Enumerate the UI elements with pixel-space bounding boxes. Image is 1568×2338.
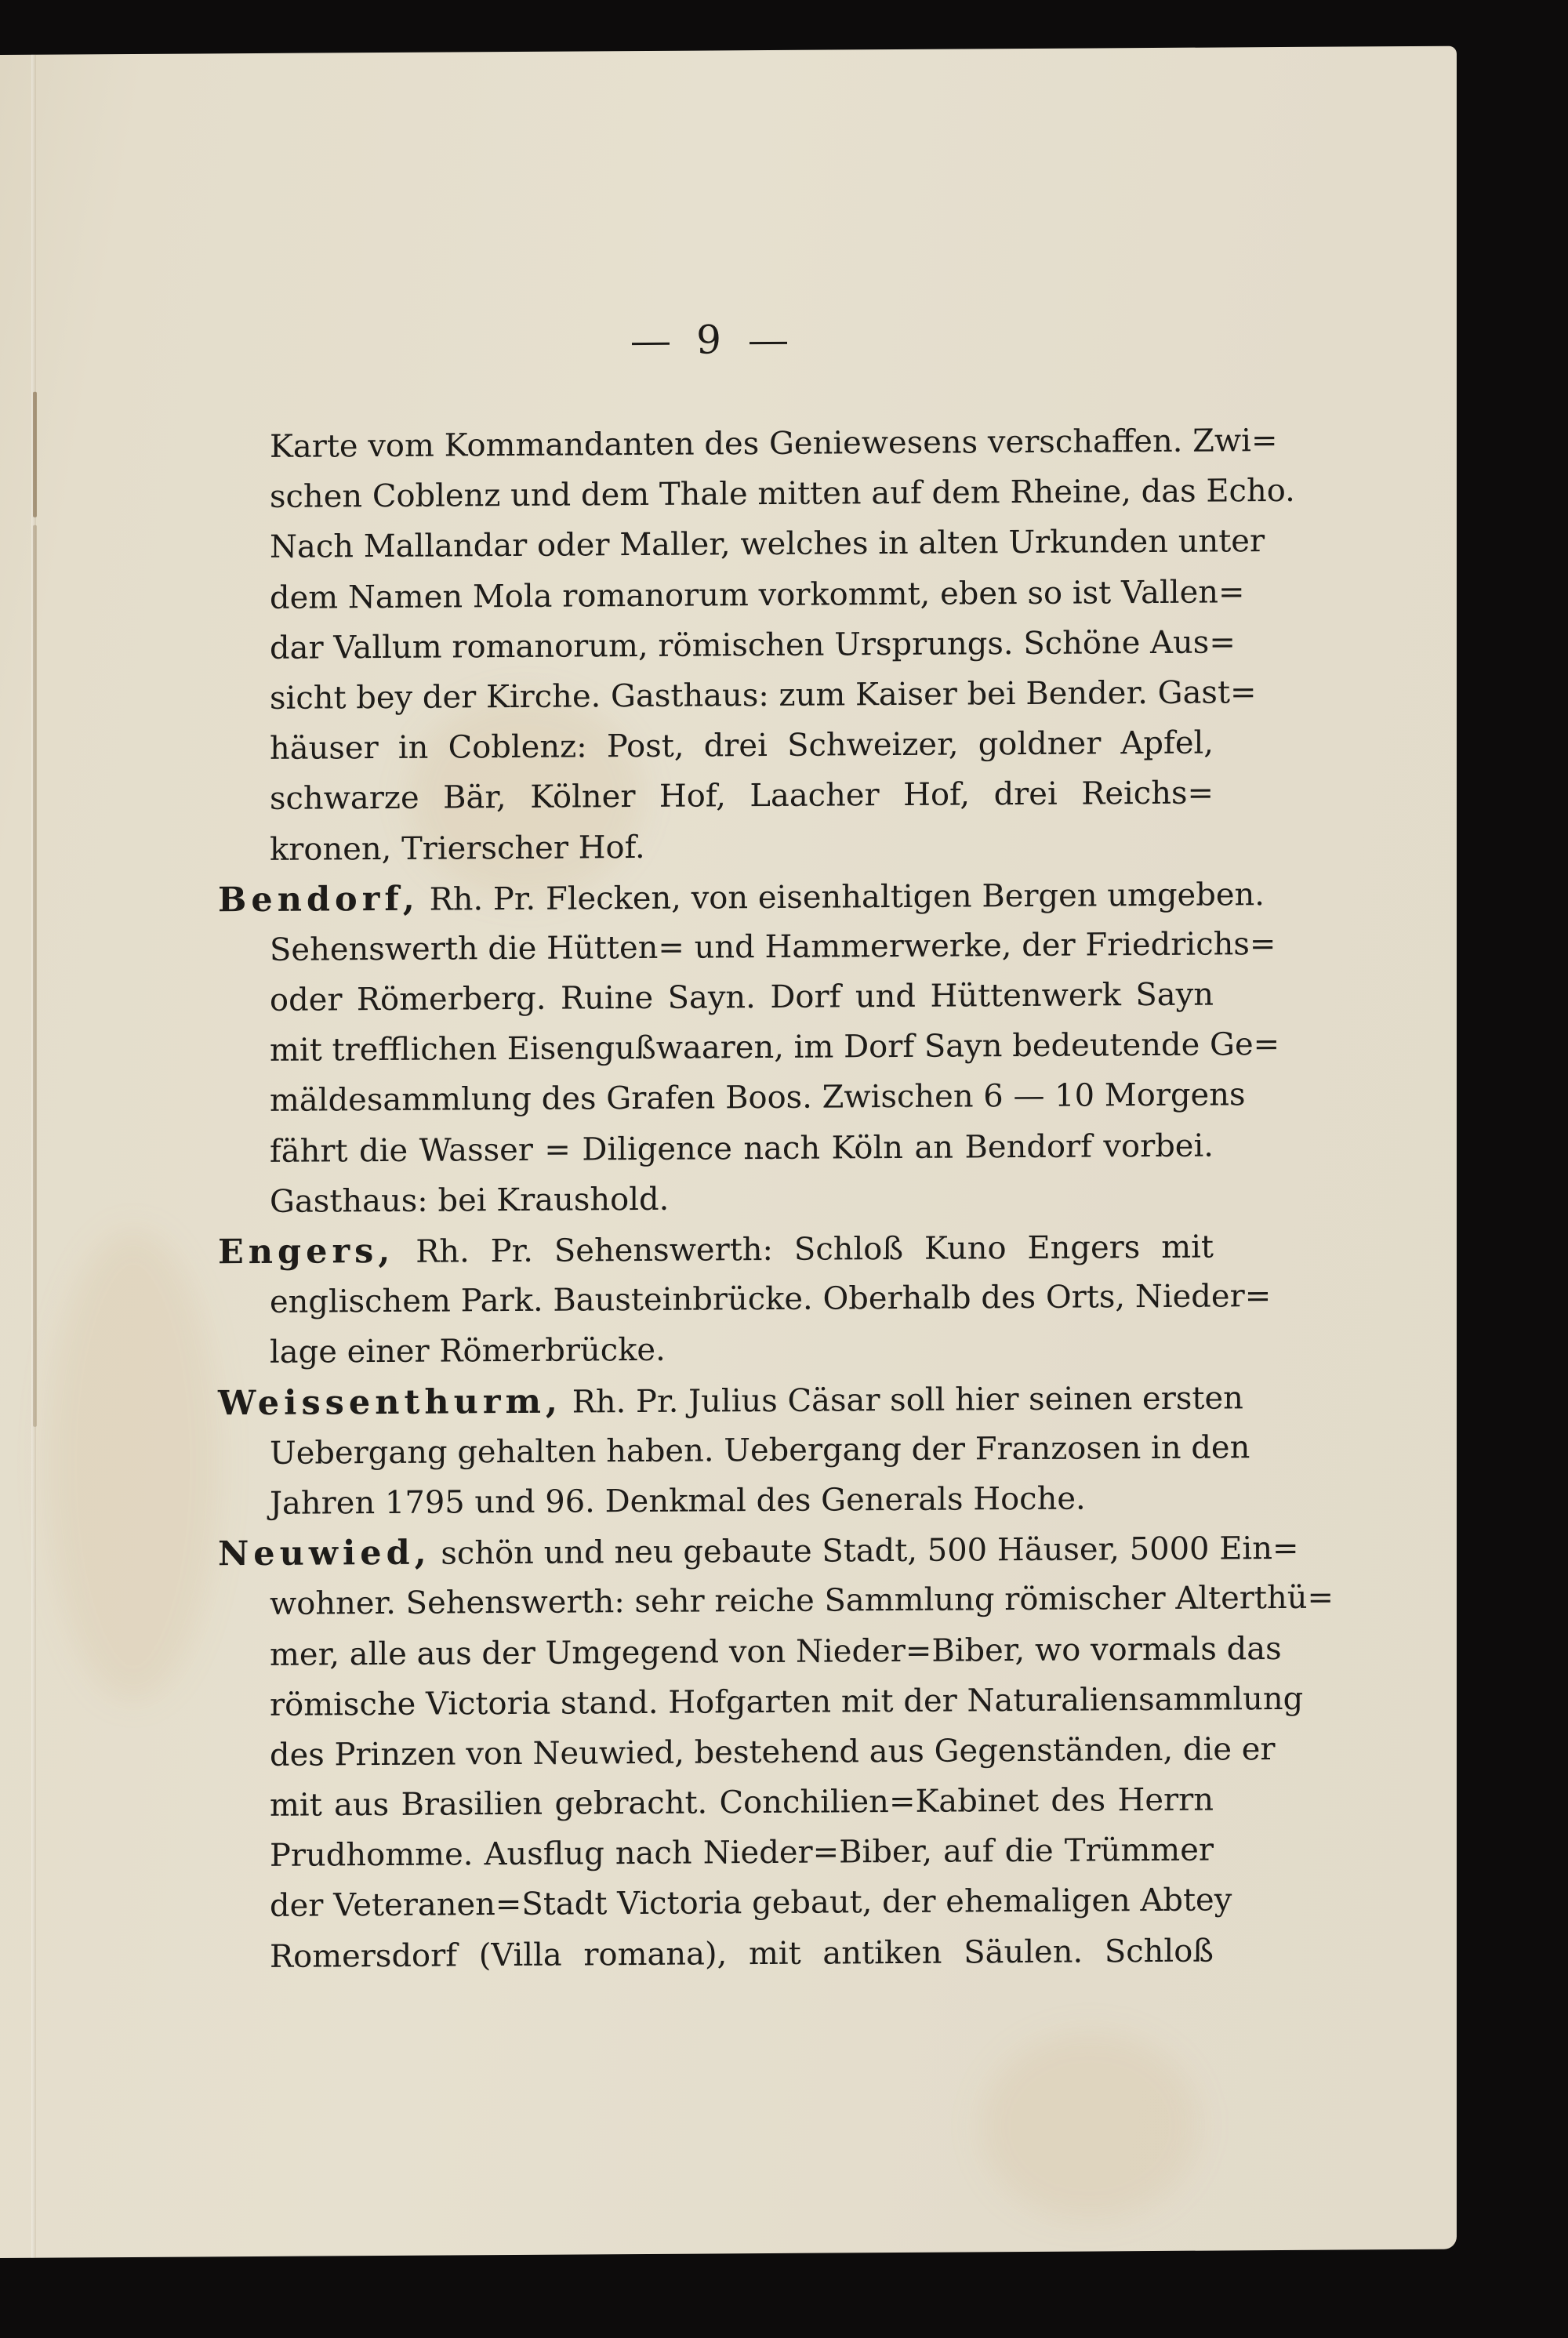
entry-heading: Neuwied,: [218, 1534, 431, 1574]
dash-left: [632, 342, 670, 344]
entry-first-text: schön und neu gebaute Stadt, 500 Häuser,…: [441, 1530, 1298, 1572]
text-line: des Prinzen von Neuwied, bestehend aus G…: [218, 1724, 1214, 1781]
text-line: häuser in Coblenz: Post, drei Schweizer,…: [218, 718, 1214, 775]
text-line: dem Namen Mola romanorum vorkommt, eben …: [218, 567, 1214, 623]
entry-first-text: Rh. Pr. Sehenswerth: Schloß Kuno Engers …: [416, 1229, 1214, 1270]
text-line: Jahren 1795 und 96. Denkmal des Generals…: [218, 1472, 1214, 1529]
text-line: lage einer Römerbrücke.: [218, 1322, 1214, 1378]
text-line: Karte vom Kommandanten des Geniewesens v…: [218, 416, 1214, 473]
page-number: 9: [0, 313, 1419, 367]
entry-engers: Engers, Rh. Pr. Sehenswerth: Schloß Kuno…: [218, 1222, 1214, 1378]
text-line: mit trefflichen Eisengußwaaren, im Dorf …: [218, 1020, 1214, 1076]
text-line: mer, alle aus der Umgegend von Nieder=Bi…: [218, 1624, 1214, 1680]
text-line: kronen, Trierscher Hof.: [218, 819, 1214, 875]
entry-weissenthurm: Weissenthurm, Rh. Pr. Julius Cäsar soll …: [218, 1372, 1214, 1529]
text-line: der Veteranen=Stadt Victoria gebaut, der…: [218, 1875, 1214, 1932]
entry-first-text: Rh. Pr. Julius Cäsar soll hier seinen er…: [572, 1380, 1243, 1420]
page-number-value: 9: [696, 317, 723, 362]
body-text: Karte vom Kommandanten des Geniewesens v…: [218, 416, 1214, 1983]
dash-right: [750, 341, 787, 343]
text-line: Romersdorf (Villa romana), mit antiken S…: [218, 1926, 1214, 1982]
text-line: schen Coblenz und dem Thale mitten auf d…: [218, 467, 1214, 523]
entry-heading: Bendorf,: [218, 879, 419, 920]
entry-first-line: Neuwied, schön und neu gebaute Stadt, 50…: [218, 1523, 1214, 1580]
book-page: 9 Karte vom Kommandanten des Geniewesens…: [0, 46, 1457, 2258]
text-line: Nach Mallandar oder Maller, welches in a…: [218, 517, 1214, 573]
text-line: Gasthaus: bei Kraushold.: [218, 1171, 1214, 1227]
text-line: wohner. Sehenswerth: sehr reiche Sammlun…: [218, 1574, 1214, 1630]
text-line: Sehenswerth die Hütten= und Hammerwerke,…: [218, 919, 1214, 975]
text-line: dar Vallum romanorum, römischen Ursprung…: [218, 617, 1214, 673]
text-line: mäldesammlung des Grafen Boos. Zwischen …: [218, 1070, 1214, 1127]
entry-heading: Engers,: [218, 1232, 394, 1272]
text-line: römische Victoria stand. Hofgarten mit d…: [218, 1674, 1214, 1730]
binding-thread: [33, 392, 37, 517]
entry-first-line: Weissenthurm, Rh. Pr. Julius Cäsar soll …: [218, 1372, 1214, 1429]
text-line: mit aus Brasilien gebracht. Conchilien=K…: [218, 1775, 1214, 1832]
paper-stain: [47, 1229, 220, 1701]
entry-neuwied: Neuwied, schön und neu gebaute Stadt, 50…: [218, 1523, 1214, 1982]
text-line: oder Römerberg. Ruine Sayn. Dorf und Hüt…: [218, 970, 1214, 1026]
binding-thread: [33, 525, 37, 1427]
continuation-paragraph: Karte vom Kommandanten des Geniewesens v…: [218, 416, 1214, 875]
entry-bendorf: Bendorf, Rh. Pr. Flecken, von eisenhalti…: [218, 869, 1214, 1227]
text-line: schwarze Bär, Kölner Hof, Laacher Hof, d…: [218, 768, 1214, 825]
entry-heading: Weissenthurm,: [218, 1381, 562, 1423]
entry-first-line: Engers, Rh. Pr. Sehenswerth: Schloß Kuno…: [218, 1222, 1214, 1278]
text-line: englischem Park. Bausteinbrücke. Oberhal…: [218, 1272, 1214, 1328]
entry-first-line: Bendorf, Rh. Pr. Flecken, von eisenhalti…: [218, 869, 1214, 925]
entry-first-text: Rh. Pr. Flecken, von eisenhaltigen Berge…: [430, 877, 1265, 918]
text-line: fährt die Wasser = Diligence nach Köln a…: [218, 1120, 1214, 1177]
text-line: Prudhomme. Ausflug nach Nieder=Biber, au…: [218, 1825, 1214, 1882]
text-line: Uebergang gehalten haben. Uebergang der …: [218, 1422, 1214, 1479]
text-line: sicht bey der Kirche. Gasthaus: zum Kais…: [218, 667, 1214, 724]
paper-stain: [980, 2031, 1200, 2221]
